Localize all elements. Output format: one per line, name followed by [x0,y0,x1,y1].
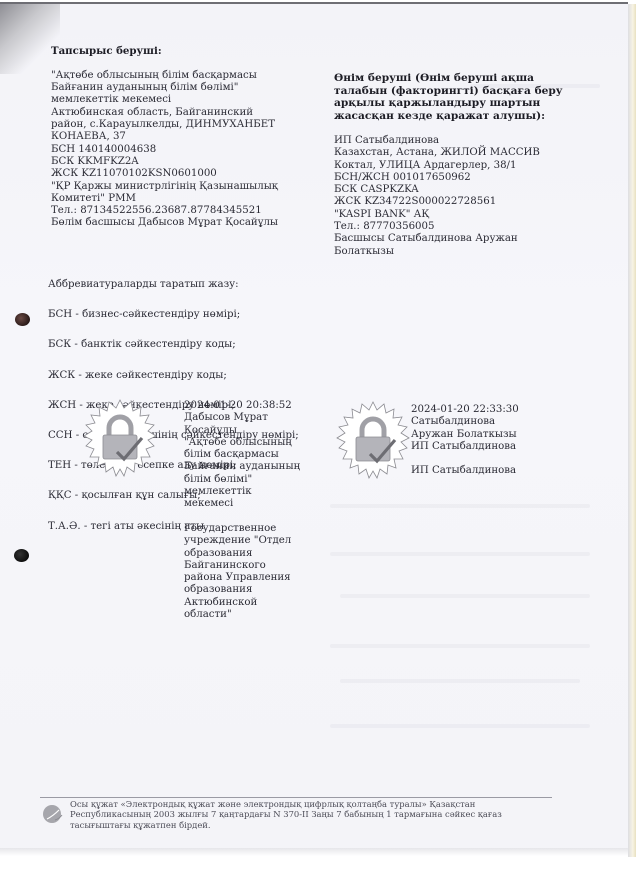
supplier-details: ИП Сатыбалдинова Казахстан, Астана, ЖИЛО… [334,135,574,258]
egov-logo-icon [41,802,65,826]
punch-hole-bottom [14,549,29,562]
footer-divider [40,797,552,798]
abbreviation-item: БСН - бизнес-сәйкестендіру нөмірі; [48,307,328,322]
punch-hole-top [15,313,30,326]
page-edge [628,4,636,857]
scanned-page: Тапсырыс беруші: "Ақтөбе облысының білім… [0,0,640,876]
digital-signature-seal-icon [80,398,160,478]
signature-details: 2024-01-20 20:38:52 Дабысов Мұрат Қосайұ… [184,400,314,621]
supplier-block: Өнім беруші (Өнім беруші ақша талабын (ф… [334,60,574,270]
customer-details: "Ақтөбе облысының білім басқармасы Байға… [51,70,321,230]
customer-heading: Тапсырыс беруші: [51,45,321,57]
abbreviation-item: ЖСК - жеке сәйкестендіру коды; [48,368,328,383]
supplier-heading: Өнім беруші (Өнім беруші ақша талабын (ф… [334,72,574,122]
digital-signature-seal-icon [333,400,413,480]
footer-legal-note: Осы құжат «Электрондық құжат және электр… [70,799,550,830]
abbreviations-title: Аббревиатураларды таратып жазу: [48,277,328,292]
page-bottom-shadow [0,848,628,856]
signature-details: 2024-01-20 22:33:30 Сатыбалдинова Аружан… [411,404,541,478]
customer-block: Тапсырыс беруші: "Ақтөбе облысының білім… [51,33,321,242]
abbreviation-item: БСК - банктік сәйкестендіру коды; [48,337,328,352]
